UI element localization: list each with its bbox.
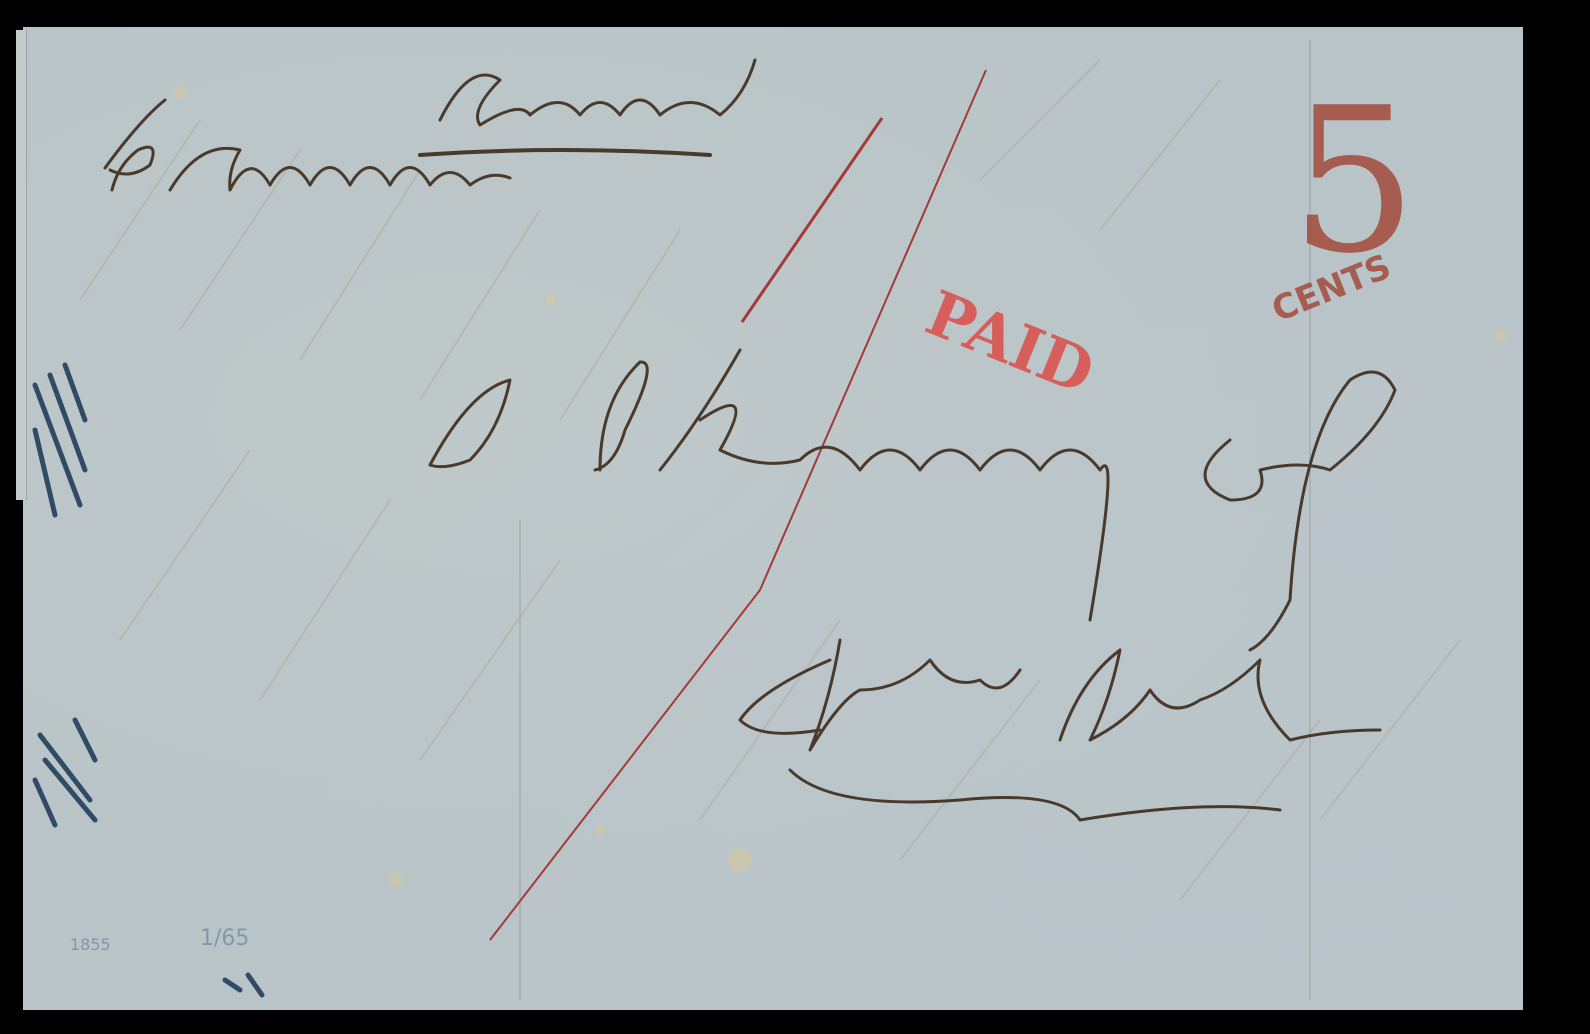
svg-text:1855: 1855: [70, 935, 111, 954]
pencil-notes: 1855 1/65: [70, 926, 249, 954]
registered-manuscript: [420, 60, 755, 155]
show-through-lines: [80, 60, 1460, 900]
svg-text:1/65: 1/65: [200, 926, 249, 951]
cover-markings: PAID 5 CENTS 1855 1/65: [0, 0, 1590, 1034]
paid-handstamp: PAID: [916, 276, 1104, 408]
five-cents-handstamp: 5 CENTS: [1266, 65, 1417, 330]
manuscript-rate-strokes: [490, 70, 986, 940]
fold-lines: [520, 40, 1310, 1000]
routing-manuscript: [105, 100, 510, 190]
svg-text:PAID: PAID: [916, 276, 1104, 408]
city-manuscript: [740, 640, 1380, 820]
blue-crayon-marks: [35, 365, 262, 995]
